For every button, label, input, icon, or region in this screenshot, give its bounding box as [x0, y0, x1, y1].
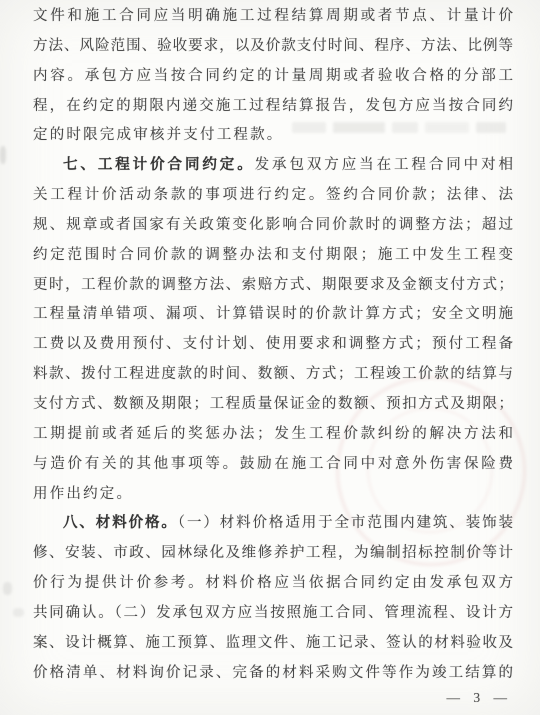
scanned-document-page: 文件和施工合同应当明确施工过程结算周期或者节点、计量计价方法、风险范围、验收要求… [0, 0, 540, 715]
line-text: 修、安装、市政、园林绿化及维修养护工程，为编制招标控制价等计 [33, 545, 513, 561]
text-line: 关工程计价活动条款的事项进行约定。签约合同价款；法律、法 [33, 181, 513, 211]
line-text: 工程量清单错项、漏项、计算错误时的价款计算方式；安全文明施 [33, 306, 513, 322]
line-text: 价行为提供计价参考。材料价格应当依据合同约定由发承包双方 [33, 575, 513, 591]
line-text: 工期提前或者延后的奖惩办法；发生工程价款纠纷的解决方法和 [33, 426, 513, 442]
line-text: 支付方式、数额及期限；工程质量保证金的数额、预扣方式及期限； [33, 396, 513, 412]
text-line: 案、设计概算、施工预算、监理文件、施工记录、签认的材料验收及 [33, 629, 513, 659]
line-text: 工费以及费用预付、支付计划、使用要求和调整方式；预付工程备 [33, 336, 513, 352]
scan-smudge [3, 582, 12, 595]
text-line: 工期提前或者延后的奖惩办法；发生工程价款纠纷的解决方法和 [33, 420, 513, 450]
text-line: 方法、风险范围、验收要求，以及价款支付时间、程序、方法、比例等 [33, 32, 513, 62]
text-line: 工费以及费用预付、支付计划、使用要求和调整方式；预付工程备 [33, 330, 513, 360]
text-line: 价格清单、材料询价记录、完备的材料采购文件等作为竣工结算的 [33, 659, 513, 689]
line-text: 方法、风险范围、验收要求，以及价款支付时间、程序、方法、比例等 [33, 38, 513, 54]
line-text: 价格清单、材料询价记录、完备的材料采购文件等作为竣工结算的 [33, 665, 513, 681]
line-text: 料款、拨付工程进度款的时间、数额、方式；工程竣工价款的结算与 [33, 366, 513, 382]
line-text: 案、设计概算、施工预算、监理文件、施工记录、签认的材料验收及 [33, 635, 513, 651]
text-line: 八、材料价格。（一）材料价格适用于全市范围内建筑、装饰装 [33, 509, 513, 539]
scan-smudge [13, 608, 24, 617]
line-text: 用作出约定。 [33, 486, 133, 502]
line-text: 更时，工程价款的调整方法、索赔方式、期限要求及金额支付方式； [33, 277, 513, 293]
section-heading: 八、材料价格。 [63, 515, 178, 531]
text-line: 规、规章或者国家有关政策变化影响合同价款时的调整方法；超过 [33, 211, 513, 241]
document-text: 文件和施工合同应当明确施工过程结算周期或者节点、计量计价方法、风险范围、验收要求… [33, 2, 513, 688]
line-text: （一）材料价格适用于全市范围内建筑、装饰装 [178, 515, 513, 531]
text-line: 料款、拨付工程进度款的时间、数额、方式；工程竣工价款的结算与 [33, 360, 513, 390]
scan-smudge [0, 146, 6, 164]
text-line: 用作出约定。 [33, 480, 513, 510]
line-text: 约定范围时合同价款的调整办法和支付期限；施工中发生工程变 [33, 247, 513, 263]
page-number: — 3 — [447, 690, 513, 706]
text-line: 内容。承包方应当按合同约定的计量周期或者验收合格的分部工 [33, 62, 513, 92]
line-text: 内容。承包方应当按合同约定的计量周期或者验收合格的分部工 [33, 68, 513, 84]
line-text: 发承包双方应当在工程合同中对相 [255, 157, 513, 173]
text-line: 文件和施工合同应当明确施工过程结算周期或者节点、计量计价 [33, 2, 513, 32]
text-line: 程，在约定的期限内递交施工过程结算报告，发包方应当按合同约 [33, 92, 513, 122]
text-line: 七、工程计价合同约定。发承包双方应当在工程合同中对相 [33, 151, 513, 181]
line-text: 关工程计价活动条款的事项进行约定。签约合同价款；法律、法 [33, 187, 513, 203]
text-line: 支付方式、数额及期限；工程质量保证金的数额、预扣方式及期限； [33, 390, 513, 420]
text-line: 定的时限完成审核并支付工程款。 [33, 121, 513, 151]
line-text: 规、规章或者国家有关政策变化影响合同价款时的调整方法；超过 [33, 217, 513, 233]
text-line: 工程量清单错项、漏项、计算错误时的价款计算方式；安全文明施 [33, 300, 513, 330]
line-text: 与造价有关的其他事项等。鼓励在施工合同中对意外伤害保险费 [33, 456, 513, 472]
section-heading: 七、工程计价合同约定。 [63, 157, 255, 173]
text-line: 共同确认。（二）发承包双方应当按照施工合同、管理流程、设计方 [33, 599, 513, 629]
text-line: 价行为提供计价参考。材料价格应当依据合同约定由发承包双方 [33, 569, 513, 599]
line-text: 文件和施工合同应当明确施工过程结算周期或者节点、计量计价 [33, 8, 513, 24]
text-line: 修、安装、市政、园林绿化及维修养护工程，为编制招标控制价等计 [33, 539, 513, 569]
line-text: 共同确认。（二）发承包双方应当按照施工合同、管理流程、设计方 [33, 605, 513, 621]
text-line: 与造价有关的其他事项等。鼓励在施工合同中对意外伤害保险费 [33, 450, 513, 480]
line-text: 定的时限完成审核并支付工程款。 [33, 127, 284, 143]
text-line: 更时，工程价款的调整方法、索赔方式、期限要求及金额支付方式； [33, 271, 513, 301]
text-line: 约定范围时合同价款的调整办法和支付期限；施工中发生工程变 [33, 241, 513, 271]
line-text: 程，在约定的期限内递交施工过程结算报告，发包方应当按合同约 [33, 98, 513, 114]
